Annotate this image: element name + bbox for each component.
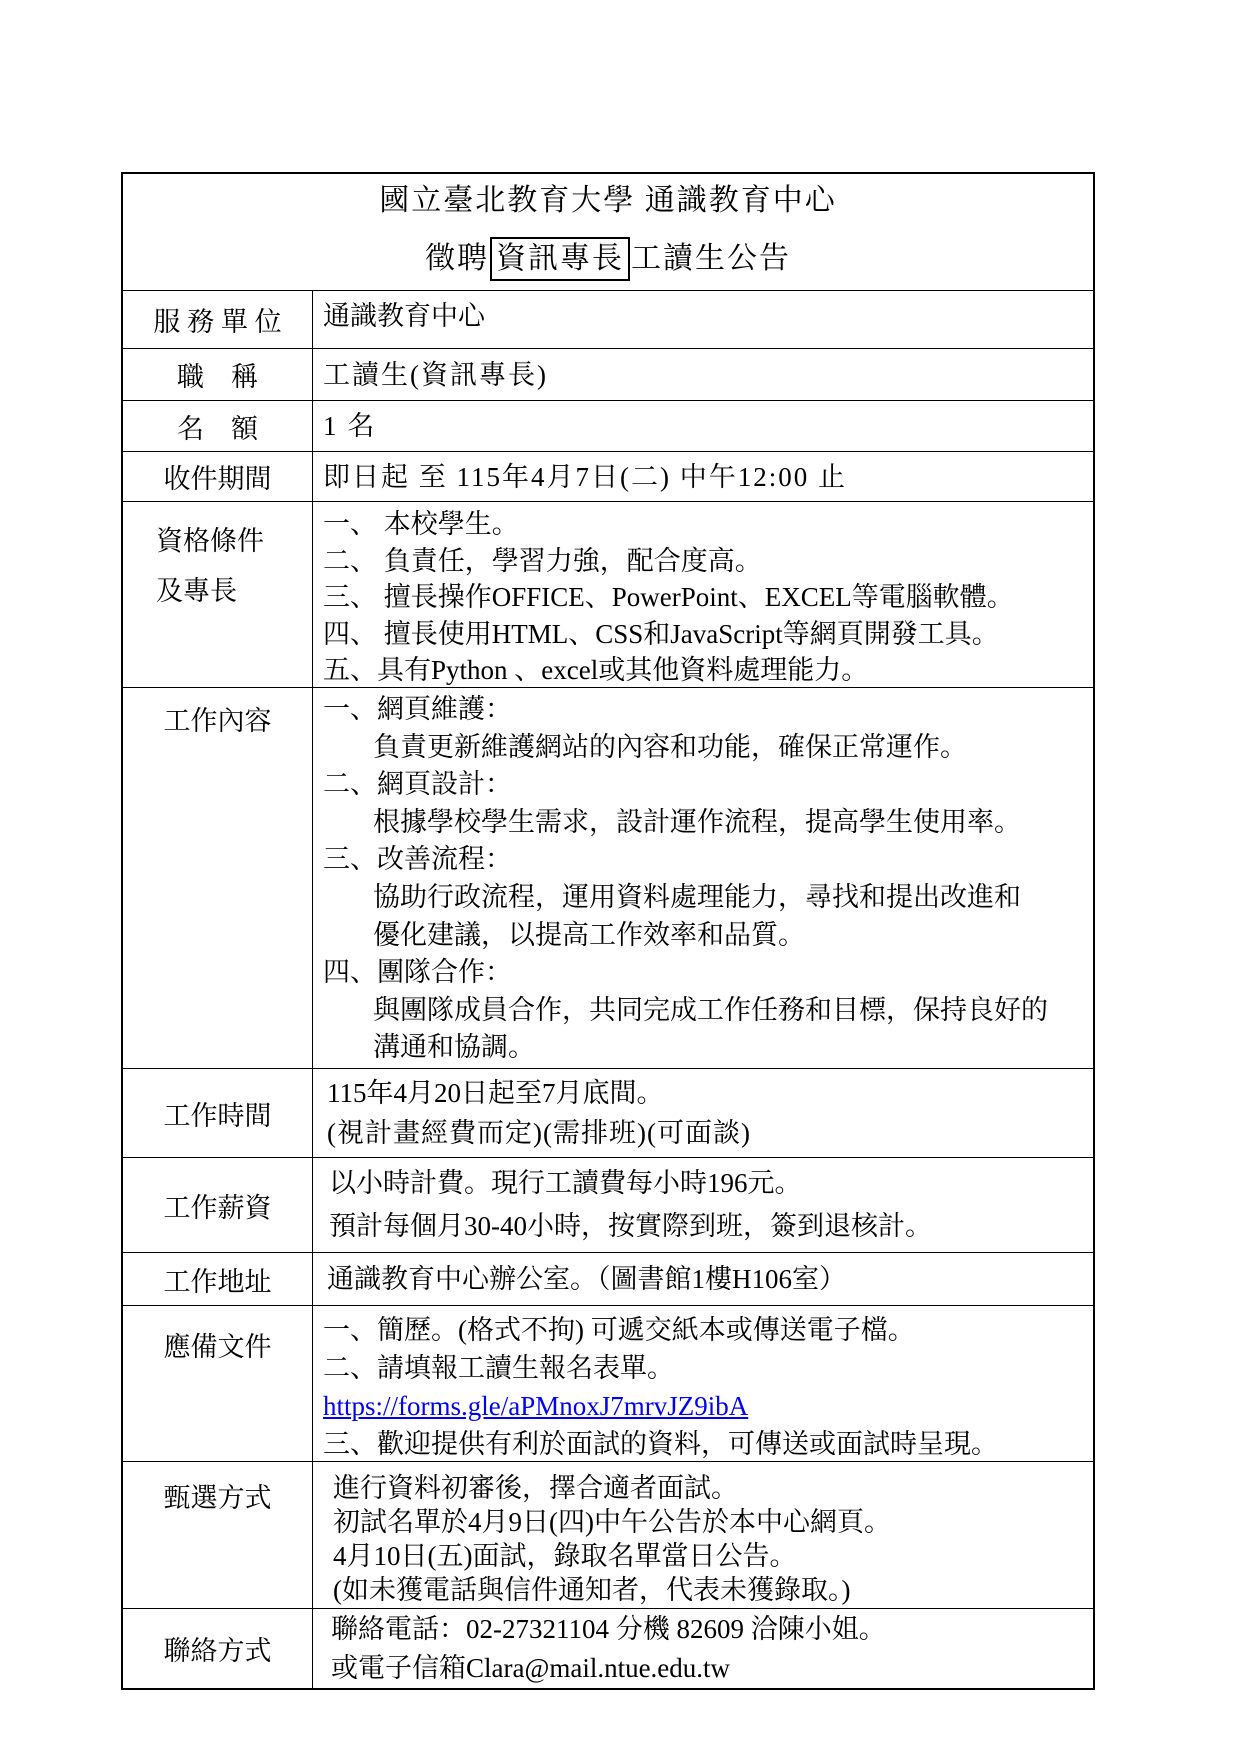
location-label: 工作地址 [123,1253,313,1305]
documents-item: 三、歡迎提供有利於面試的資料，可傳送或面試時呈現。 [323,1425,1089,1463]
row-contact: 聯絡方式 聯絡電話：02-27321104 分機 82609 洽陳小姐。 或電子… [123,1608,1093,1688]
subtitle-boxed-specialty: 資訊專長 [490,237,630,281]
salary-line: 預計每個月30-40小時，按實際到班，簽到退核計。 [329,1205,1089,1248]
salary-value: 以小時計費。現行工讀費每小時196元。 預計每個月30-40小時，按實際到班，簽… [313,1158,1093,1252]
announcement-table: 國立臺北教育大學 通識教育中心 徵聘資訊專長工讀生公告 服 務 單 位 通識教育… [121,172,1095,1690]
service-unit-value: 通識教育中心 [313,291,1093,348]
selection-label: 甄選方式 [123,1462,313,1608]
job-description-label: 工作內容 [123,688,313,1068]
quota-value: 1 名 [313,401,1093,451]
title-row: 國立臺北教育大學 通識教育中心 徵聘資訊專長工讀生公告 [123,174,1093,290]
qualifications-label-line1: 資格條件 [156,516,264,566]
qualifications-value: 一、 本校學生。 二、 負責任，學習力強，配合度高。 三、 擅長操作OFFICE… [313,502,1093,687]
document-page: { "colors": { "background": "#ffffff", "… [0,0,1241,1755]
row-job-description: 工作內容 一、網頁維護： 負責更新維護網站的內容和功能，確保正常運作。 二、網頁… [123,687,1093,1068]
selection-line: 初試名單於4月9日(四)中午公告於本中心網頁。 [333,1505,1089,1539]
row-quota: 名 額 1 名 [123,400,1093,451]
qualification-item: 二、 負責任，學習力強，配合度高。 [323,543,1089,580]
contact-value: 聯絡電話：02-27321104 分機 82609 洽陳小姐。 或電子信箱Cla… [313,1609,1093,1688]
job-description-line: 與團隊成員合作，共同完成工作任務和目標，保持良好的 [323,992,1089,1030]
job-description-line: 溝通和協調。 [323,1029,1089,1067]
application-form-link[interactable]: https://forms.gle/aPMnoxJ7mrvJZ9ibA [323,1391,748,1421]
service-unit-label: 服 務 單 位 [123,291,313,348]
documents-link-line: https://forms.gle/aPMnoxJ7mrvJZ9ibA [323,1387,1089,1425]
job-description-line: 根據學校學生需求，設計運作流程，提高學生使用率。 [323,804,1089,842]
location-value: 通識教育中心辦公室。（圖書館1樓H106室） [313,1253,1093,1305]
job-description-line: 協助行政流程，運用資料處理能力，尋找和提出改進和 [323,879,1089,917]
deadline-value: 即日起 至 115年4月7日(二) 中午12:00 止 [313,452,1093,501]
job-description-line: 四、團隊合作： [323,954,1089,992]
job-title-text: 工讀生(資訊專長) [323,356,1089,394]
row-job-title: 職 稱 工讀生(資訊專長) [123,348,1093,400]
contact-label: 聯絡方式 [123,1609,313,1688]
qualification-item: 三、 擅長操作OFFICE、PowerPoint、EXCEL等電腦軟體。 [323,579,1089,616]
row-location: 工作地址 通識教育中心辦公室。（圖書館1樓H106室） [123,1252,1093,1305]
job-description-line: 三、改善流程： [323,841,1089,879]
job-description-line: 優化建議，以提高工作效率和品質。 [323,917,1089,955]
work-time-line: (視計畫經費而定)(需排班)(可面談) [327,1113,1089,1153]
location-text: 通識教育中心辦公室。（圖書館1樓H106室） [327,1260,1089,1298]
contact-phone-line: 聯絡電話：02-27321104 分機 82609 洽陳小姐。 [331,1610,1089,1649]
job-description-line: 二、網頁設計： [323,766,1089,804]
quota-text: 1 名 [323,407,1089,445]
service-unit-text: 通識教育中心 [323,297,1089,335]
selection-line: 進行資料初審後，擇合適者面試。 [333,1471,1089,1505]
job-description-line: 負責更新維護網站的內容和功能，確保正常運作。 [323,729,1089,767]
salary-line: 以小時計費。現行工讀費每小時196元。 [329,1162,1089,1205]
row-selection: 甄選方式 進行資料初審後，擇合適者面試。 初試名單於4月9日(四)中午公告於本中… [123,1461,1093,1608]
row-qualifications: 資格條件 及專長 一、 本校學生。 二、 負責任，學習力強，配合度高。 三、 擅… [123,501,1093,687]
work-time-label: 工作時間 [123,1069,313,1157]
row-documents: 應備文件 一、簡歷。(格式不拘) 可遞交紙本或傳送電子檔。 二、請填報工讀生報名… [123,1305,1093,1461]
document-subtitle: 徵聘資訊專長工讀生公告 [123,237,1093,281]
row-work-time: 工作時間 115年4月20日起至7月底間。 (視計畫經費而定)(需排班)(可面談… [123,1068,1093,1157]
contact-email-line: 或電子信箱Clara@mail.ntue.edu.tw [331,1649,1089,1688]
documents-item: 一、簡歷。(格式不拘) 可遞交紙本或傳送電子檔。 [323,1311,1089,1349]
qualifications-label: 資格條件 及專長 [123,502,313,687]
qualification-item: 五、具有Python 、excel或其他資料處理能力。 [323,652,1089,689]
job-description-line: 一、網頁維護： [323,691,1089,729]
job-description-value: 一、網頁維護： 負責更新維護網站的內容和功能，確保正常運作。 二、網頁設計： 根… [313,688,1093,1068]
work-time-line: 115年4月20日起至7月底間。 [327,1073,1089,1113]
document-title: 國立臺北教育大學 通識教育中心 [123,183,1093,219]
subtitle-suffix: 工讀生公告 [631,242,791,275]
selection-line: 4月10日(五)面試，錄取名單當日公告。 [333,1539,1089,1573]
documents-item: 二、請填報工讀生報名表單。 [323,1349,1089,1387]
job-title-label: 職 稱 [123,349,313,400]
qualifications-label-line2: 及專長 [156,566,237,616]
selection-value: 進行資料初審後，擇合適者面試。 初試名單於4月9日(四)中午公告於本中心網頁。 … [313,1462,1093,1608]
qualification-item: 一、 本校學生。 [323,506,1089,543]
work-time-value: 115年4月20日起至7月底間。 (視計畫經費而定)(需排班)(可面談) [313,1069,1093,1157]
salary-label: 工作薪資 [123,1158,313,1252]
job-title-value: 工讀生(資訊專長) [313,349,1093,400]
row-service-unit: 服 務 單 位 通識教育中心 [123,290,1093,348]
quota-label: 名 額 [123,401,313,451]
deadline-text: 即日起 至 115年4月7日(二) 中午12:00 止 [323,458,1089,496]
documents-label: 應備文件 [123,1306,313,1461]
qualification-item: 四、 擅長使用HTML、CSS和JavaScript等網頁開發工具。 [323,616,1089,653]
subtitle-prefix: 徵聘 [425,242,489,275]
row-deadline: 收件期間 即日起 至 115年4月7日(二) 中午12:00 止 [123,451,1093,501]
selection-line: (如未獲電話與信件通知者，代表未獲錄取。) [333,1573,1089,1607]
row-salary: 工作薪資 以小時計費。現行工讀費每小時196元。 預計每個月30-40小時，按實… [123,1157,1093,1252]
deadline-label: 收件期間 [123,452,313,501]
documents-value: 一、簡歷。(格式不拘) 可遞交紙本或傳送電子檔。 二、請填報工讀生報名表單。 h… [313,1306,1093,1461]
